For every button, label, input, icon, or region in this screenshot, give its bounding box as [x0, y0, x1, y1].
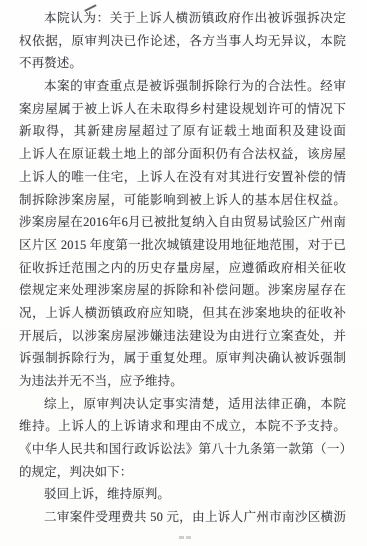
- text-line: 上诉人的唯一住宅，上诉人在没有对其进行安置补偿的情况下强: [19, 166, 346, 189]
- text-line: 综上，原审判决认定事实清楚，适用法律正确，本院予以: [19, 393, 346, 416]
- judgment-text-block: 本院认为：关于上诉人横沥镇政府作出被诉强拆决定的职 权依据，原审判决已作论述，各…: [19, 7, 346, 529]
- text-line: 制拆除涉案房屋，可能影响到被上诉人的基本居住权益。另外，: [19, 189, 346, 212]
- text-line: 《中华人民共和国行政诉讼法》第八十九条第一款第（一）项: [19, 438, 346, 461]
- text-line: 驳回上诉，维持原判。: [19, 483, 346, 506]
- text-line: 为违法并无不当，应予维持。: [19, 370, 346, 393]
- text-line: 况，上诉人横沥镇政府应知晓，但其在涉案地块的征收补偿工作: [19, 302, 346, 325]
- text-line: 开展后，以涉案房屋涉嫌违法建设为由进行立案查处，并作出被: [19, 325, 346, 348]
- text-line: 的规定，判决如下：: [19, 461, 346, 484]
- text-line: 征收拆迁范围之内的历史存量房屋，应遵循政府相关征收拆迁补: [19, 257, 346, 280]
- document-page: 本院认为：关于上诉人横沥镇政府作出被诉强拆决定的职 权依据，原审判决已作论述，各…: [0, 0, 367, 546]
- text-line: 案房屋属于被上诉人在未取得乡村建设规划许可的情况下拆旧建: [19, 98, 346, 121]
- text-line: 诉强制拆除行为，属于重复处理。原审判决确认被诉强制拆除行: [19, 347, 346, 370]
- page-number-mark: [179, 536, 184, 539]
- text-line: 本院认为：关于上诉人横沥镇政府作出被诉强拆决定的职: [19, 7, 346, 30]
- text-line: 权依据，原审判决已作论述，各方当事人均无异议，本院二审: [19, 30, 346, 53]
- text-line: 偿规定来处理涉案房屋的拆除和补偿问题。涉案房屋存在上述情: [19, 279, 346, 302]
- text-line: 二审案件受理费共 50 元，由上诉人广州市南沙区横沥镇人民: [19, 506, 346, 529]
- text-line: 新取得，其新建房屋超过了原有证载土地面积及建设面积，但被: [19, 120, 346, 143]
- text-line: 上诉人在原证载土地上的部分面积仍有合法权益，该房屋属于被: [19, 143, 346, 166]
- text-line: 涉案房屋在2016年6月已被批复纳入自由贸易试验区广州南沙新: [19, 211, 346, 234]
- text-line: 区片区 2015 年度第一批次城镇建设用地征地范围，对于已被列入: [19, 234, 346, 257]
- text-line: 不再赘述。: [19, 52, 346, 75]
- text-line: 维持。上诉人的上诉请求和理由不成立，本院不予支持。依照: [19, 415, 346, 438]
- text-line: 本案的审查重点是被诉强制拆除行为的合法性。经审查，涉: [19, 75, 346, 98]
